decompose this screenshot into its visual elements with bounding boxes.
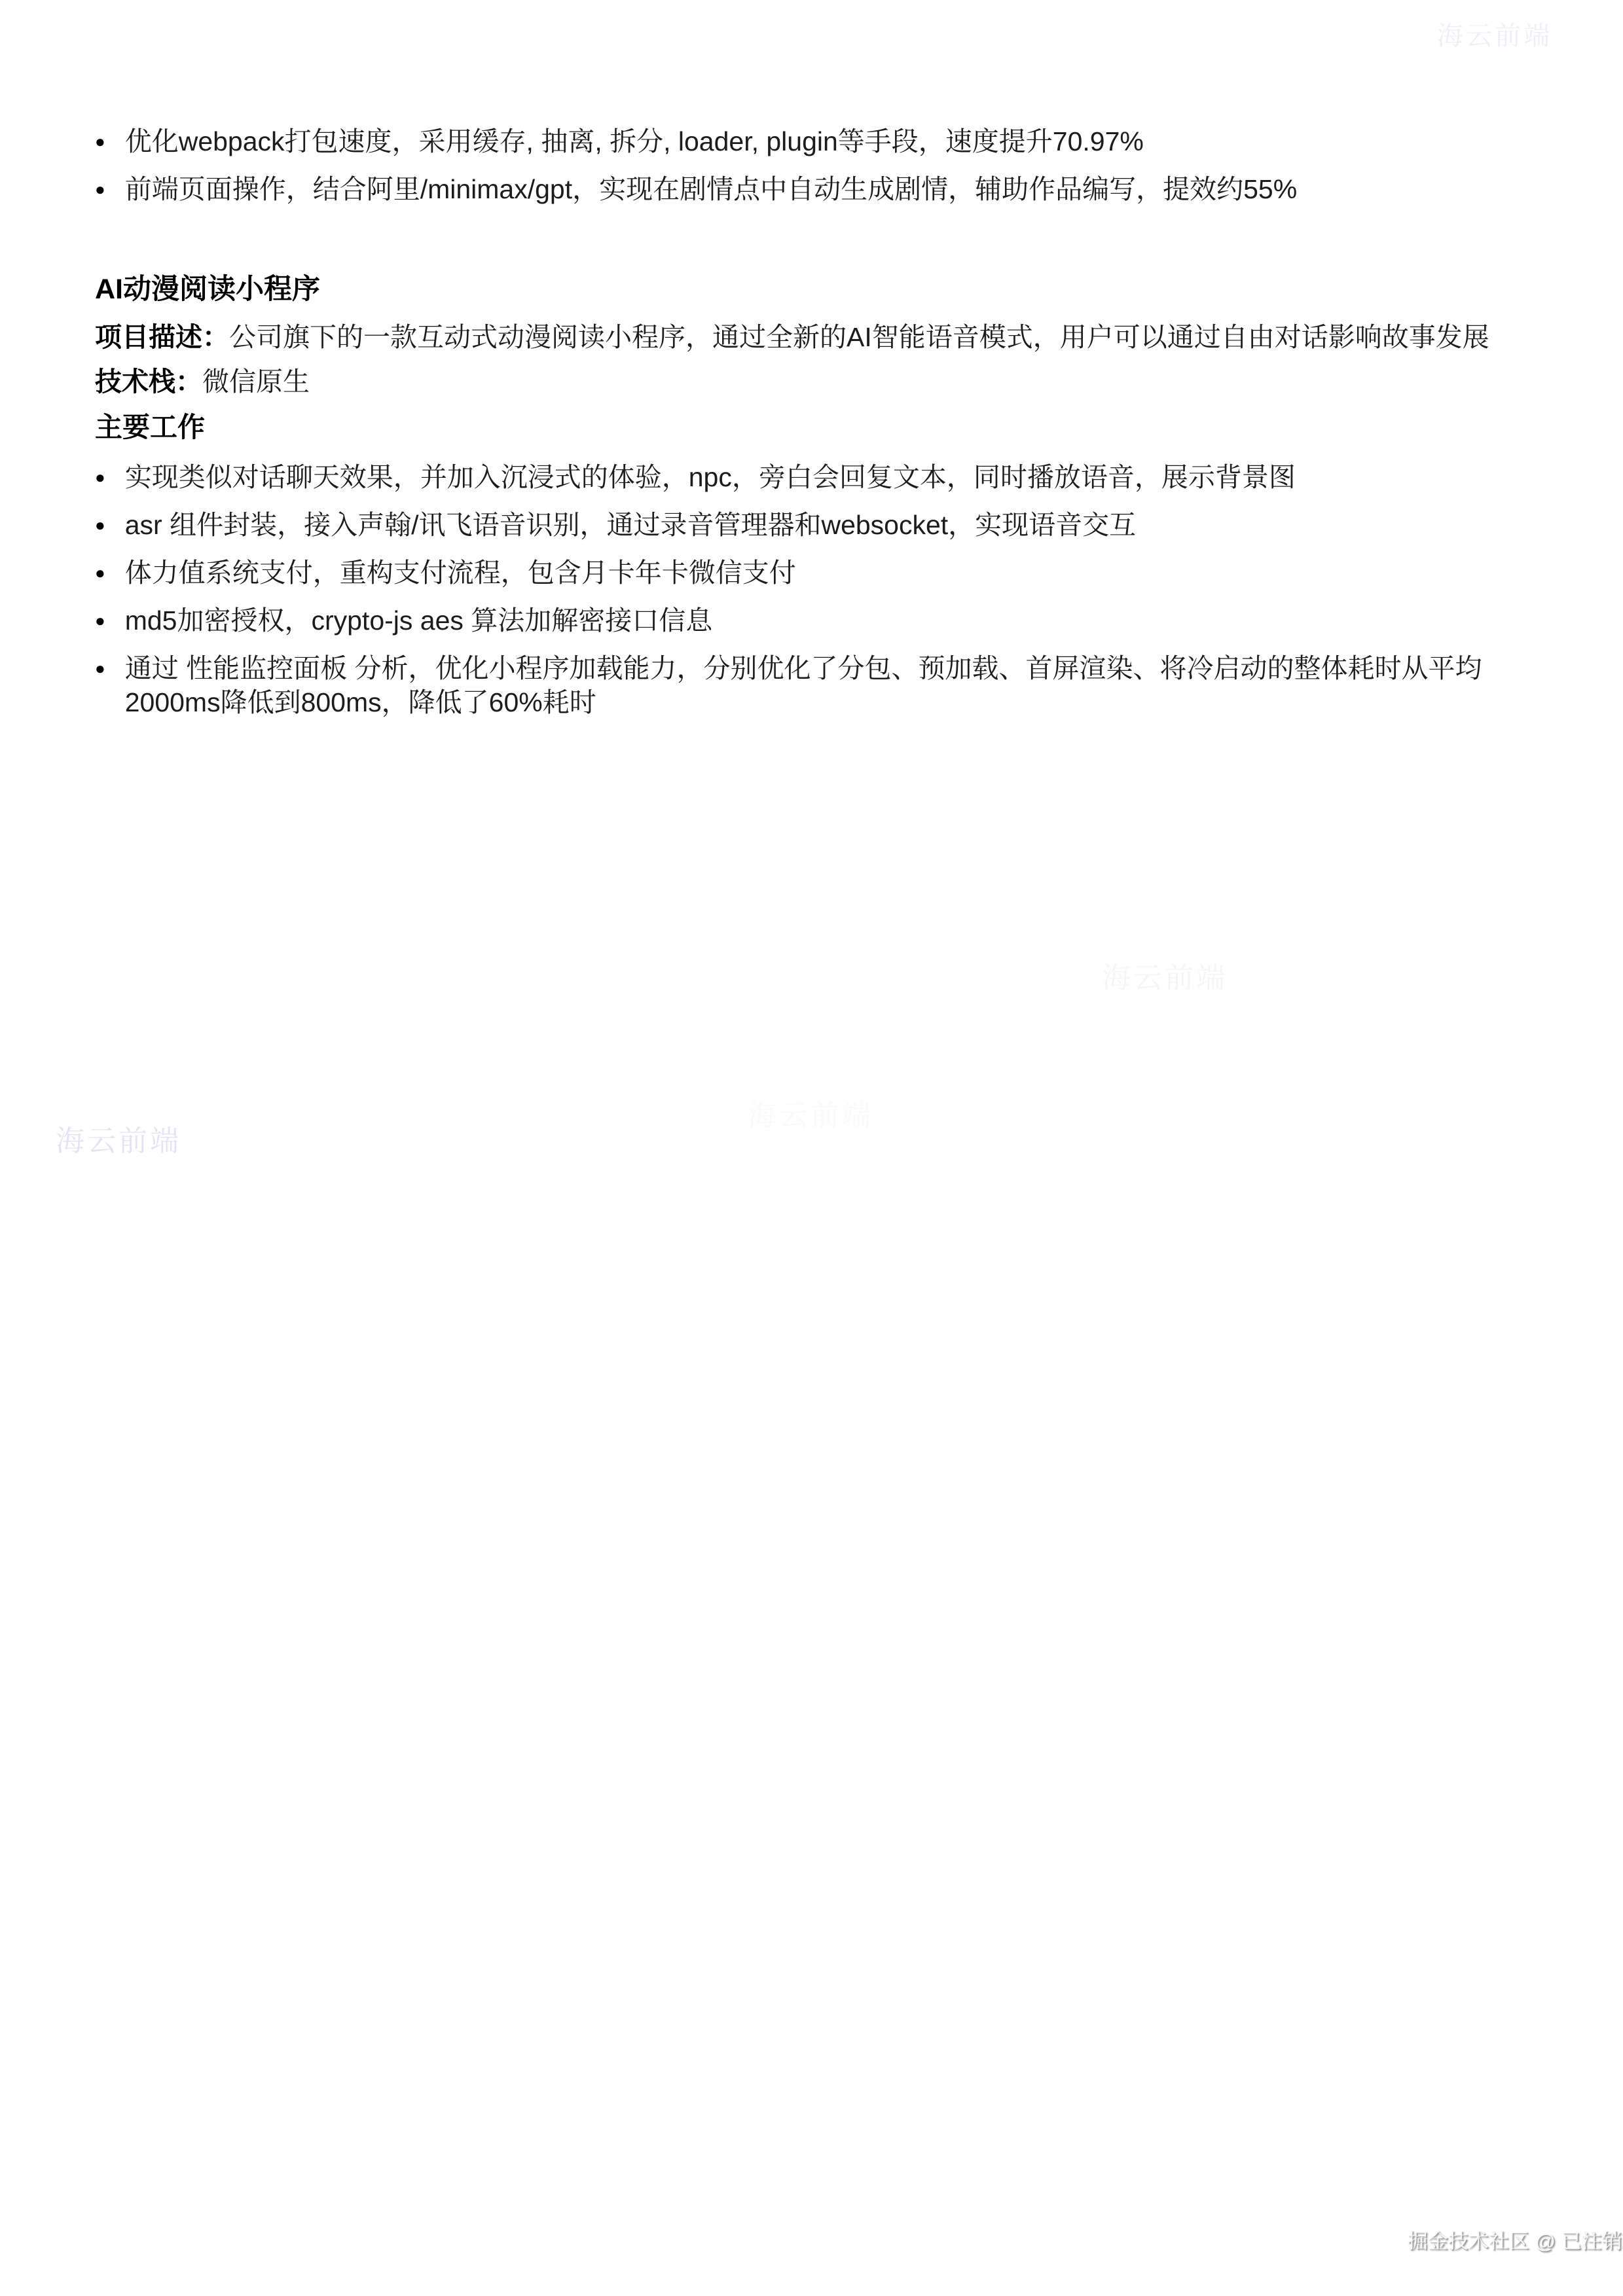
- project-title: AI动漫阅读小程序: [95, 273, 1546, 306]
- bullet-text: asr 组件封装，接入声翰/讯飞语音识别，通过录音管理器和websocket，实…: [125, 508, 1546, 542]
- watermark-haiyun-mid-left: 海云前端: [56, 1127, 181, 1156]
- bullet-text: 前端页面操作，结合阿里/minimax/gpt，实现在剧情点中自动生成剧情，辅助…: [125, 172, 1546, 206]
- bullet-text: 通过 性能监控面板 分析，优化小程序加载能力，分别优化了分包、预加载、首屏渲染、…: [125, 651, 1546, 719]
- bullet-icon: ●: [95, 556, 105, 590]
- juejin-credit: 掘金技术社区 @ 已注销: [1408, 2231, 1622, 2253]
- bullet-icon: ●: [95, 172, 105, 206]
- project-description: 项目描述：公司旗下的一款互动式动漫阅读小程序，通过全新的AI智能语音模式，用户可…: [95, 320, 1546, 354]
- bullet-icon: ●: [95, 124, 105, 158]
- description-text: 公司旗下的一款互动式动漫阅读小程序，通过全新的AI智能语音模式，用户可以通过自由…: [229, 322, 1489, 352]
- watermark-haiyun-top-right: 海云前端: [1437, 22, 1552, 50]
- bullet-text: 优化webpack打包速度，采用缓存, 抽离, 拆分, loader, plug…: [125, 124, 1546, 158]
- tech-stack-label: 技术栈：: [95, 367, 202, 397]
- list-item: ● asr 组件封装，接入声翰/讯飞语音识别，通过录音管理器和websocket…: [95, 508, 1546, 542]
- tech-stack-value: 微信原生: [202, 367, 310, 397]
- bullet-icon: ●: [95, 460, 105, 494]
- bullet-icon: ●: [95, 603, 105, 637]
- main-work-bullet-list: ● 实现类似对话聊天效果，并加入沉浸式的体验，npc，旁白会回复文本，同时播放语…: [95, 460, 1546, 719]
- list-item: ● 前端页面操作，结合阿里/minimax/gpt，实现在剧情点中自动生成剧情，…: [95, 172, 1546, 206]
- bullet-text: 体力值系统支付，重构支付流程，包含月卡年卡微信支付: [125, 556, 1546, 590]
- list-item: ● 通过 性能监控面板 分析，优化小程序加载能力，分别优化了分包、预加载、首屏渲…: [95, 651, 1546, 719]
- list-item: ● md5加密授权，crypto-js aes 算法加解密接口信息: [95, 603, 1546, 637]
- bullet-icon: ●: [95, 508, 105, 542]
- tech-stack: 技术栈：微信原生: [95, 365, 1546, 399]
- main-work-heading: 主要工作: [95, 412, 1546, 443]
- list-item: ● 实现类似对话聊天效果，并加入沉浸式的体验，npc，旁白会回复文本，同时播放语…: [95, 460, 1546, 494]
- bullet-text: md5加密授权，crypto-js aes 算法加解密接口信息: [125, 603, 1546, 637]
- bullet-text: 实现类似对话聊天效果，并加入沉浸式的体验，npc，旁白会回复文本，同时播放语音，…: [125, 460, 1546, 494]
- bullet-icon: ●: [95, 651, 105, 685]
- description-label: 项目描述：: [95, 322, 229, 352]
- resume-page-content: ● 优化webpack打包速度，采用缓存, 抽离, 拆分, loader, pl…: [95, 124, 1546, 733]
- previous-project-bullet-list: ● 优化webpack打包速度，采用缓存, 抽离, 拆分, loader, pl…: [95, 124, 1546, 206]
- watermark-haiyun-mid-right: 海云前端: [1102, 964, 1228, 993]
- list-item: ● 优化webpack打包速度，采用缓存, 抽离, 拆分, loader, pl…: [95, 124, 1546, 158]
- list-item: ● 体力值系统支付，重构支付流程，包含月卡年卡微信支付: [95, 556, 1546, 590]
- watermark-haiyun-mid-center: 海云前端: [748, 1102, 873, 1130]
